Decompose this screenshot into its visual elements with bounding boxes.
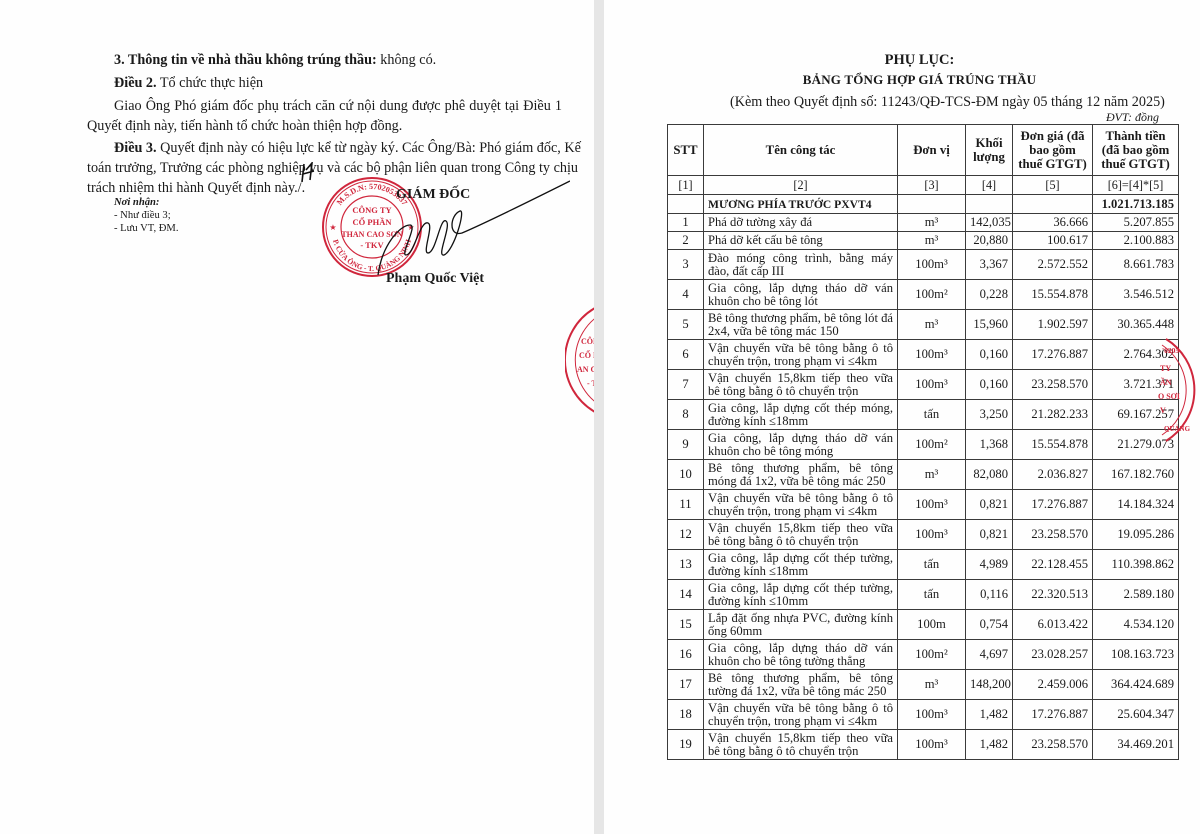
table-row: 1Phá dỡ tường xây đám³142,03536.6665.207… — [668, 214, 1179, 232]
currency-unit-note: ĐVT: đồng — [1106, 110, 1159, 125]
table-row: 3Đào móng công trình, bằng máy đào, đất … — [668, 250, 1179, 280]
row-stt: 2 — [668, 232, 704, 250]
row-unit-price: 36.666 — [1013, 214, 1093, 232]
table-row: 4Gia công, lắp dựng tháo dỡ ván khuôn ch… — [668, 280, 1179, 310]
table-row: 5Bê tông thương phẩm, bê tông lót đá 2x4… — [668, 310, 1179, 340]
decision-reference: (Kèm theo Quyết định số: 11243/QĐ-TCS-ĐM… — [730, 94, 1165, 111]
row-quantity: 0,116 — [966, 580, 1013, 610]
col-header-task-name: Tên công tác — [704, 125, 898, 176]
table-row: 9Gia công, lắp dựng tháo dỡ ván khuôn ch… — [668, 430, 1179, 460]
row-unit: tấn — [898, 400, 966, 430]
row-stt: 13 — [668, 550, 704, 580]
partial-seal-icon: CÔN CỔ P AN C - T — [565, 300, 594, 420]
row-unit: m³ — [898, 310, 966, 340]
row-unit: m³ — [898, 232, 966, 250]
row-stt: 18 — [668, 700, 704, 730]
row-stt: 17 — [668, 670, 704, 700]
row-unit: 100m — [898, 610, 966, 640]
row-unit: m³ — [898, 214, 966, 232]
row-amount: 19.095.286 — [1093, 520, 1179, 550]
article-2-line-2: Quyết định này, tiến hành tổ chức hoàn t… — [87, 116, 402, 137]
row-quantity: 0,821 — [966, 490, 1013, 520]
row-unit-price: 2.572.552 — [1013, 250, 1093, 280]
row-quantity: 20,880 — [966, 232, 1013, 250]
row-quantity: 3,367 — [966, 250, 1013, 280]
row-stt: 9 — [668, 430, 704, 460]
row-unit: 100m³ — [898, 700, 966, 730]
table-row: 12Vận chuyển 15,8km tiếp theo vữa bê tôn… — [668, 520, 1179, 550]
recipients-list: Nơi nhận: - Như điều 3; - Lưu VT, ĐM. — [114, 196, 179, 235]
recipient-item: - Như điều 3; — [114, 209, 179, 222]
row-task-name: Đào móng công trình, bằng máy đào, đất c… — [704, 250, 898, 280]
row-quantity: 15,960 — [966, 310, 1013, 340]
row-unit-price: 2.459.006 — [1013, 670, 1093, 700]
svg-text:'0205: '0205 — [1162, 346, 1179, 355]
row-unit-price: 23.258.570 — [1013, 730, 1093, 760]
row-unit-price: 15.554.878 — [1013, 430, 1093, 460]
row-amount: 364.424.689 — [1093, 670, 1179, 700]
row-task-name: Vận chuyển vữa bê tông bằng ô tô chuyển … — [704, 700, 898, 730]
row-stt: 3 — [668, 250, 704, 280]
row-unit-price: 22.320.513 — [1013, 580, 1093, 610]
svg-text:ẦN: ẦN — [1160, 377, 1172, 387]
row-task-name: Bê tông thương phẩm, bê tông móng đá 1x2… — [704, 460, 898, 490]
row-stt: 19 — [668, 730, 704, 760]
svg-text:TY: TY — [1160, 364, 1171, 373]
row-amount: 25.604.347 — [1093, 700, 1179, 730]
svg-text:CỔ P: CỔ P — [579, 350, 594, 360]
table-row: 19Vận chuyển 15,8km tiếp theo vữa bê tôn… — [668, 730, 1179, 760]
row-task-name: Lắp đặt ống nhựa PVC, đường kính ống 60m… — [704, 610, 898, 640]
row-task-name: Gia công, lắp dựng cốt thép tường, đường… — [704, 550, 898, 580]
svg-text:QUẢNG: QUẢNG — [1164, 425, 1191, 433]
row-quantity: 1,482 — [966, 730, 1013, 760]
table-index-row: [1] [2] [3] [4] [5] [6]=[4]*[5] — [668, 176, 1179, 195]
row-task-name: Bê tông thương phẩm, bê tông tường đá 1x… — [704, 670, 898, 700]
row-amount: 5.207.855 — [1093, 214, 1179, 232]
row-unit-price: 2.036.827 — [1013, 460, 1093, 490]
signer-name: Phạm Quốc Việt — [386, 271, 484, 287]
row-unit: 100m³ — [898, 340, 966, 370]
row-unit-price: 23.028.257 — [1013, 640, 1093, 670]
row-quantity: 4,989 — [966, 550, 1013, 580]
row-task-name: Gia công, lắp dựng tháo dỡ ván khuôn cho… — [704, 640, 898, 670]
row-quantity: 3,250 — [966, 400, 1013, 430]
article-2-heading: Điều 2. Tổ chức thực hiện — [114, 73, 263, 94]
section-3-unsuccessful-bidders: 3. Thông tin về nhà thầu không trúng thầ… — [114, 50, 436, 71]
page-gutter — [594, 0, 604, 834]
section-total: 1.021.713.185 — [1093, 195, 1179, 214]
recipients-header: Nơi nhận: — [114, 196, 179, 209]
bid-price-table: STT Tên công tác Đơn vị Khối lượng Đơn g… — [667, 124, 1179, 760]
row-quantity: 1,482 — [966, 700, 1013, 730]
row-quantity: 0,228 — [966, 280, 1013, 310]
row-quantity: 0,160 — [966, 340, 1013, 370]
row-unit: m³ — [898, 670, 966, 700]
row-stt: 12 — [668, 520, 704, 550]
row-unit: m³ — [898, 460, 966, 490]
row-unit-price: 22.128.455 — [1013, 550, 1093, 580]
row-stt: 8 — [668, 400, 704, 430]
row-unit: 100m² — [898, 280, 966, 310]
row-amount: 2.589.180 — [1093, 580, 1179, 610]
row-amount: 34.469.201 — [1093, 730, 1179, 760]
row-task-name: Gia công, lắp dựng cốt thép móng, đường … — [704, 400, 898, 430]
row-amount: 167.182.760 — [1093, 460, 1179, 490]
table-row: 6Vận chuyển vữa bê tông bằng ô tô chuyển… — [668, 340, 1179, 370]
row-task-name: Gia công, lắp dựng tháo dỡ ván khuôn cho… — [704, 430, 898, 460]
svg-text:★: ★ — [329, 223, 336, 232]
row-unit-price: 1.902.597 — [1013, 310, 1093, 340]
col-header-quantity: Khối lượng — [966, 125, 1013, 176]
document-page-left: 3. Thông tin về nhà thầu không trúng thầ… — [0, 0, 594, 834]
initial-mark-icon — [300, 162, 316, 184]
col-header-amount: Thành tiền (đã bao gồm thuế GTGT) — [1093, 125, 1179, 176]
row-stt: 7 — [668, 370, 704, 400]
svg-text:O SƠI: O SƠI — [1158, 392, 1180, 401]
row-amount: 2.100.883 — [1093, 232, 1179, 250]
row-quantity: 142,035 — [966, 214, 1013, 232]
article-2-line-1: Giao Ông Phó giám đốc phụ trách căn cứ n… — [114, 96, 562, 117]
row-task-name: Vận chuyển vữa bê tông bằng ô tô chuyển … — [704, 340, 898, 370]
row-unit: 100m³ — [898, 370, 966, 400]
row-unit-price: 23.258.570 — [1013, 370, 1093, 400]
partial-seal-icon: '0205 TY ẦN O SƠI V QUẢNG — [1158, 335, 1200, 445]
recipient-item: - Lưu VT, ĐM. — [114, 222, 179, 235]
row-unit-price: 17.276.887 — [1013, 340, 1093, 370]
row-unit-price: 15.554.878 — [1013, 280, 1093, 310]
row-amount: 8.661.783 — [1093, 250, 1179, 280]
row-task-name: Gia công, lắp dựng cốt thép tường, đường… — [704, 580, 898, 610]
row-unit: 100m³ — [898, 730, 966, 760]
table-section-row: MƯƠNG PHÍA TRƯỚC PXVT4 1.021.713.185 — [668, 195, 1179, 214]
appendix-title: PHỤ LỤC: — [604, 52, 1200, 69]
row-quantity: 148,200 — [966, 670, 1013, 700]
table-row: 10Bê tông thương phẩm, bê tông móng đá 1… — [668, 460, 1179, 490]
table-row: 2Phá dỡ kết cấu bê tôngm³20,880100.6172.… — [668, 232, 1179, 250]
row-unit: 100m² — [898, 640, 966, 670]
signature-block: M.S.D.N: 5702053837 P. CỬA ÔNG - T. QUẢN… — [320, 175, 580, 315]
table-row: 8Gia công, lắp dựng cốt thép móng, đường… — [668, 400, 1179, 430]
row-stt: 10 — [668, 460, 704, 490]
row-amount: 110.398.862 — [1093, 550, 1179, 580]
row-stt: 6 — [668, 340, 704, 370]
section-name: MƯƠNG PHÍA TRƯỚC PXVT4 — [704, 195, 898, 214]
row-unit-price: 17.276.887 — [1013, 700, 1093, 730]
table-row: 11Vận chuyển vữa bê tông bằng ô tô chuyể… — [668, 490, 1179, 520]
row-stt: 16 — [668, 640, 704, 670]
svg-text:- T: - T — [587, 379, 594, 388]
svg-text:CÔN: CÔN — [581, 336, 594, 346]
row-quantity: 82,080 — [966, 460, 1013, 490]
appendix-subtitle: BẢNG TỔNG HỢP GIÁ TRÚNG THẦU — [604, 72, 1200, 88]
row-unit: 100m³ — [898, 490, 966, 520]
table-header-row: STT Tên công tác Đơn vị Khối lượng Đơn g… — [668, 125, 1179, 176]
col-header-unit-price: Đơn giá (đã bao gồm thuế GTGT) — [1013, 125, 1093, 176]
row-quantity: 0,160 — [966, 370, 1013, 400]
row-stt: 15 — [668, 610, 704, 640]
article-3-line-1: Điều 3. Quyết định này có hiệu lực kể từ… — [114, 138, 562, 159]
row-stt: 11 — [668, 490, 704, 520]
row-unit-price: 23.258.570 — [1013, 520, 1093, 550]
row-stt: 1 — [668, 214, 704, 232]
row-quantity: 4,697 — [966, 640, 1013, 670]
table-row: 14Gia công, lắp dựng cốt thép tường, đườ… — [668, 580, 1179, 610]
svg-text:AN C: AN C — [577, 365, 594, 374]
table-row: 7Vận chuyển 15,8km tiếp theo vữa bê tông… — [668, 370, 1179, 400]
row-task-name: Phá dỡ tường xây đá — [704, 214, 898, 232]
row-quantity: 0,754 — [966, 610, 1013, 640]
row-task-name: Vận chuyển 15,8km tiếp theo vữa bê tông … — [704, 520, 898, 550]
col-header-stt: STT — [668, 125, 704, 176]
row-task-name: Vận chuyển 15,8km tiếp theo vữa bê tông … — [704, 370, 898, 400]
table-row: 15Lắp đặt ống nhựa PVC, đường kính ống 6… — [668, 610, 1179, 640]
handwritten-signature-icon — [370, 175, 570, 285]
row-task-name: Vận chuyển 15,8km tiếp theo vữa bê tông … — [704, 730, 898, 760]
col-header-unit: Đơn vị — [898, 125, 966, 176]
row-unit-price: 100.617 — [1013, 232, 1093, 250]
row-unit: tấn — [898, 580, 966, 610]
row-amount: 108.163.723 — [1093, 640, 1179, 670]
row-stt: 14 — [668, 580, 704, 610]
row-unit: 100m³ — [898, 250, 966, 280]
table-row: 16Gia công, lắp dựng tháo dỡ ván khuôn c… — [668, 640, 1179, 670]
row-unit: 100m³ — [898, 520, 966, 550]
row-unit-price: 17.276.887 — [1013, 490, 1093, 520]
row-unit: 100m² — [898, 430, 966, 460]
row-quantity: 0,821 — [966, 520, 1013, 550]
table-row: 17Bê tông thương phẩm, bê tông tường đá … — [668, 670, 1179, 700]
row-stt: 5 — [668, 310, 704, 340]
row-task-name: Vận chuyển vữa bê tông bằng ô tô chuyển … — [704, 490, 898, 520]
row-unit-price: 6.013.422 — [1013, 610, 1093, 640]
row-task-name: Phá dỡ kết cấu bê tông — [704, 232, 898, 250]
row-unit: tấn — [898, 550, 966, 580]
row-quantity: 1,368 — [966, 430, 1013, 460]
svg-text:V: V — [1160, 406, 1166, 415]
row-amount: 3.546.512 — [1093, 280, 1179, 310]
row-task-name: Gia công, lắp dựng tháo dỡ ván khuôn cho… — [704, 280, 898, 310]
table-row: 13Gia công, lắp dựng cốt thép tường, đườ… — [668, 550, 1179, 580]
row-amount: 4.534.120 — [1093, 610, 1179, 640]
row-stt: 4 — [668, 280, 704, 310]
row-task-name: Bê tông thương phẩm, bê tông lót đá 2x4,… — [704, 310, 898, 340]
table-row: 18Vận chuyển vữa bê tông bằng ô tô chuyể… — [668, 700, 1179, 730]
row-unit-price: 21.282.233 — [1013, 400, 1093, 430]
row-amount: 14.184.324 — [1093, 490, 1179, 520]
